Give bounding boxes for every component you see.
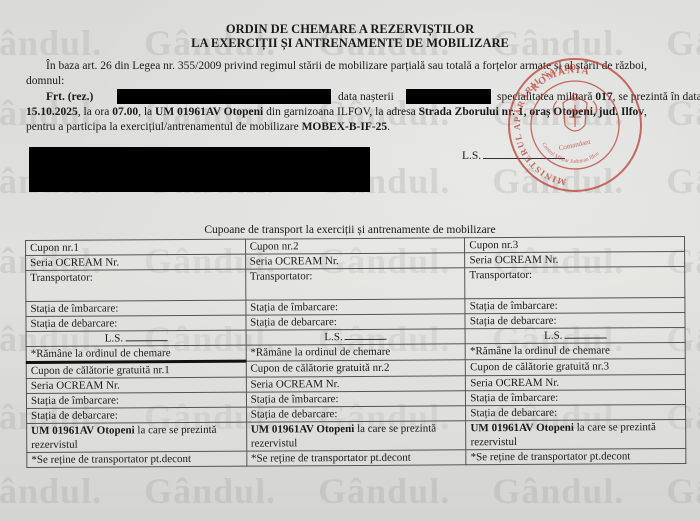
coupon-3-seal: L.S. [465,327,685,343]
rank-label: Frt. (rez.) [46,90,93,105]
free-coupon-1-title: Cupon de călătorie gratuită nr.1 [26,361,246,378]
free-coupon-1-boarding: Stația de îmbarcare: [26,392,246,408]
free-coupon-2-series: Seria OCREAM Nr. [246,376,466,392]
coupon-3-carrier: Transportator: [465,266,685,298]
coupon-3-title: Cupon nr.3 [465,236,685,252]
free-coupon-1-note: *Se reține de transportator pt.decont [27,451,247,467]
redacted-birth-date [406,89,491,104]
coupon-3-series: Seria OCREAM Nr. [465,251,685,267]
purpose-line: pentru a participa la exercițiul/antrena… [26,120,390,135]
coupon-1-title: Cupon nr.1 [26,239,246,255]
coupon-1-boarding: Stația de îmbarcare: [26,300,246,316]
coupons-section-title: Cupoane de transport la exerciții și ant… [0,224,700,236]
free-coupon-3-unit: UM 01961AV Otopeni la care se prezintă r… [466,419,686,449]
coupons-table: Cupon nr.1 Cupon nr.2 Cupon nr.3 Seria O… [25,236,686,468]
stamp-commander-text: Comandant [558,138,591,153]
table-row: UM 01961AV Otopeni la care se prezintă r… [27,419,686,452]
title-line-2: LA EXERCIȚII ȘI ANTRENAMENTE DE MOBILIZA… [0,36,700,50]
free-coupon-3-title: Cupon de călătorie gratuită nr.3 [466,358,686,375]
title-line-1: ORDIN DE CHEMARE A REZERVIȘTILOR [0,22,700,36]
table-row: Transportator: Transportator: Transporta… [26,266,685,301]
document-title: ORDIN DE CHEMARE A REZERVIȘTILOR LA EXER… [0,22,700,50]
addressee-label: domnul: [26,74,64,89]
free-coupon-2-alighting: Stația de debarcare: [246,406,466,422]
coupon-2-seal: L.S. [246,329,466,345]
coupon-2-title: Cupon nr.2 [245,238,465,254]
free-coupon-2-note: *Se reține de transportator pt.decont [246,450,466,466]
birth-date-label: data nașterii [338,90,394,105]
free-coupon-3-alighting: Stația de debarcare: [466,404,686,420]
coupon-2-alighting: Stația de debarcare: [246,314,466,330]
coupon-1-note: *Rămâne la ordinul de chemare [26,345,246,362]
coupon-2-boarding: Stația de îmbarcare: [246,299,466,315]
free-coupon-1-alighting: Stația de debarcare: [27,407,247,423]
coupon-1-seal: L.S. [26,330,246,346]
free-coupon-3-series: Seria OCREAM Nr. [466,374,686,390]
coupon-1-carrier: Transportator: [26,269,246,301]
free-coupon-1-series: Seria OCREAM Nr. [26,377,246,393]
coupon-1-alighting: Stația de debarcare: [26,315,246,331]
free-coupon-3-note: *Se reține de transportator pt.decont [466,448,686,464]
free-coupon-2-boarding: Stația de îmbarcare: [246,391,466,407]
official-stamp-icon: ROMÂNIA MINISTERUL APĂRĂRII NAȚIONALE Co… [505,55,645,195]
coupon-2-carrier: Transportator: [245,268,465,300]
free-coupon-2-title: Cupon de călătorie gratuită nr.2 [246,360,466,377]
free-coupon-3-boarding: Stația de îmbarcare: [466,389,686,405]
coupon-1-series: Seria OCREAM Nr. [26,254,246,270]
coupon-3-boarding: Stația de îmbarcare: [465,297,685,313]
free-coupon-2-unit: UM 01961AV Otopeni la care se prezintă r… [246,421,466,451]
coupon-2-series: Seria OCREAM Nr. [245,253,465,269]
free-coupon-1-unit: UM 01961AV Otopeni la care se prezintă r… [27,422,247,452]
redacted-signatory [29,147,370,192]
coupon-3-alighting: Stația de debarcare: [465,312,685,328]
coupon-2-note: *Rămâne la ordinul de chemare [246,344,466,361]
coupon-3-note: *Rămâne la ordinul de chemare [465,342,685,359]
redacted-name [117,89,331,104]
